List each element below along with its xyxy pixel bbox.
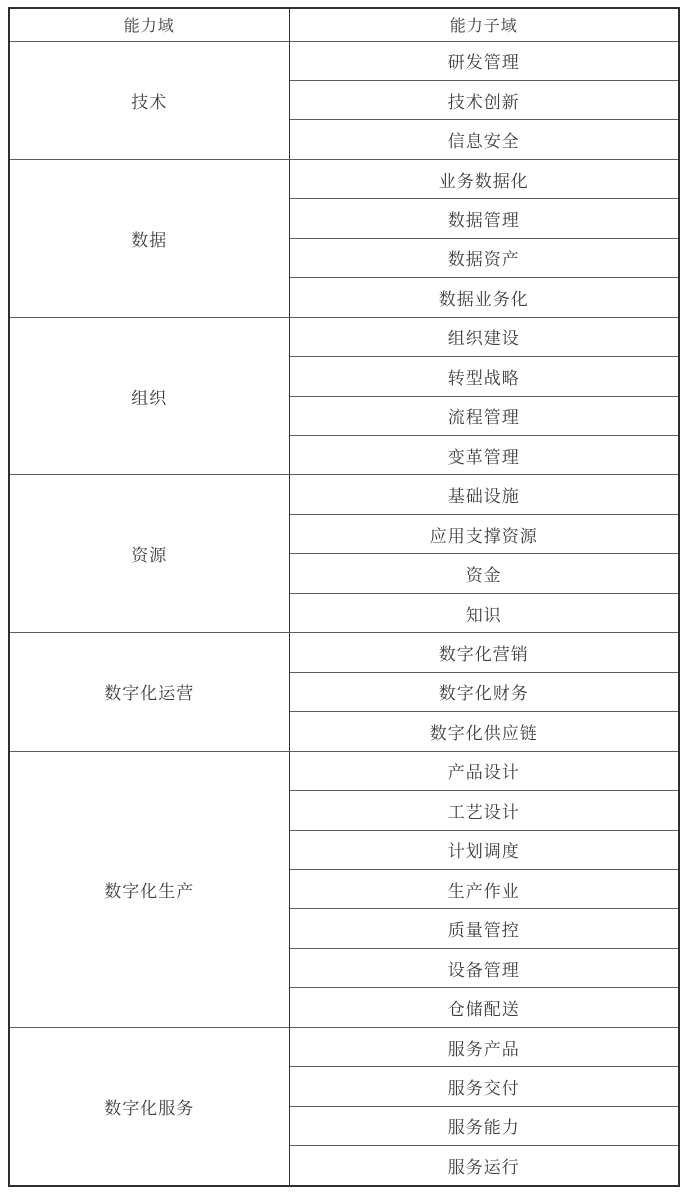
- domain-cell-digital-service: 数字化服务: [9, 1027, 289, 1186]
- capability-table: 能力域 能力子域 技术 研发管理 技术创新 信息安全 数据 业务数据化 数据管理: [8, 7, 680, 1187]
- domain-cell-resource: 资源: [9, 475, 289, 633]
- subdomain-cell: 资金: [289, 554, 679, 593]
- table-row: 技术 研发管理: [9, 41, 679, 80]
- subdomain-cell: 生产作业: [289, 870, 679, 909]
- domain-cell-tech: 技术: [9, 41, 289, 159]
- subdomain-cell: 研发管理: [289, 41, 679, 80]
- subdomain-cell: 数据业务化: [289, 278, 679, 317]
- header-subdomain: 能力子域: [289, 8, 679, 41]
- table-row: 组织 组织建设: [9, 317, 679, 356]
- subdomain-cell: 仓储配送: [289, 988, 679, 1027]
- table-row: 数据 业务数据化: [9, 159, 679, 198]
- domain-cell-organization: 组织: [9, 317, 289, 475]
- subdomain-cell: 应用支撑资源: [289, 514, 679, 553]
- table-row: 数字化服务 服务产品: [9, 1027, 679, 1066]
- subdomain-cell: 计划调度: [289, 830, 679, 869]
- header-domain: 能力域: [9, 8, 289, 41]
- subdomain-cell: 服务交付: [289, 1067, 679, 1106]
- subdomain-cell: 流程管理: [289, 396, 679, 435]
- subdomain-cell: 服务产品: [289, 1027, 679, 1066]
- subdomain-cell: 组织建设: [289, 317, 679, 356]
- subdomain-cell: 质量管控: [289, 909, 679, 948]
- subdomain-cell: 数据管理: [289, 199, 679, 238]
- table-row: 数字化生产 产品设计: [9, 751, 679, 790]
- table-row: 数字化运营 数字化营销: [9, 633, 679, 672]
- subdomain-cell: 基础设施: [289, 475, 679, 514]
- subdomain-cell: 数据资产: [289, 238, 679, 277]
- table-header-row: 能力域 能力子域: [9, 8, 679, 41]
- subdomain-cell: 数字化供应链: [289, 712, 679, 751]
- subdomain-cell: 变革管理: [289, 436, 679, 475]
- domain-cell-digital-production: 数字化生产: [9, 751, 289, 1027]
- subdomain-cell: 工艺设计: [289, 791, 679, 830]
- subdomain-cell: 服务运行: [289, 1146, 679, 1186]
- subdomain-cell: 服务能力: [289, 1106, 679, 1145]
- document-page: 能力域 能力子域 技术 研发管理 技术创新 信息安全 数据 业务数据化 数据管理: [0, 0, 684, 1196]
- subdomain-cell: 技术创新: [289, 80, 679, 119]
- subdomain-cell: 知识: [289, 593, 679, 632]
- domain-cell-data: 数据: [9, 159, 289, 317]
- subdomain-cell: 设备管理: [289, 948, 679, 987]
- subdomain-cell: 数字化财务: [289, 672, 679, 711]
- subdomain-cell: 转型战略: [289, 357, 679, 396]
- subdomain-cell: 业务数据化: [289, 159, 679, 198]
- subdomain-cell: 产品设计: [289, 751, 679, 790]
- domain-cell-digital-operations: 数字化运营: [9, 633, 289, 751]
- subdomain-cell: 数字化营销: [289, 633, 679, 672]
- table-row: 资源 基础设施: [9, 475, 679, 514]
- subdomain-cell: 信息安全: [289, 120, 679, 159]
